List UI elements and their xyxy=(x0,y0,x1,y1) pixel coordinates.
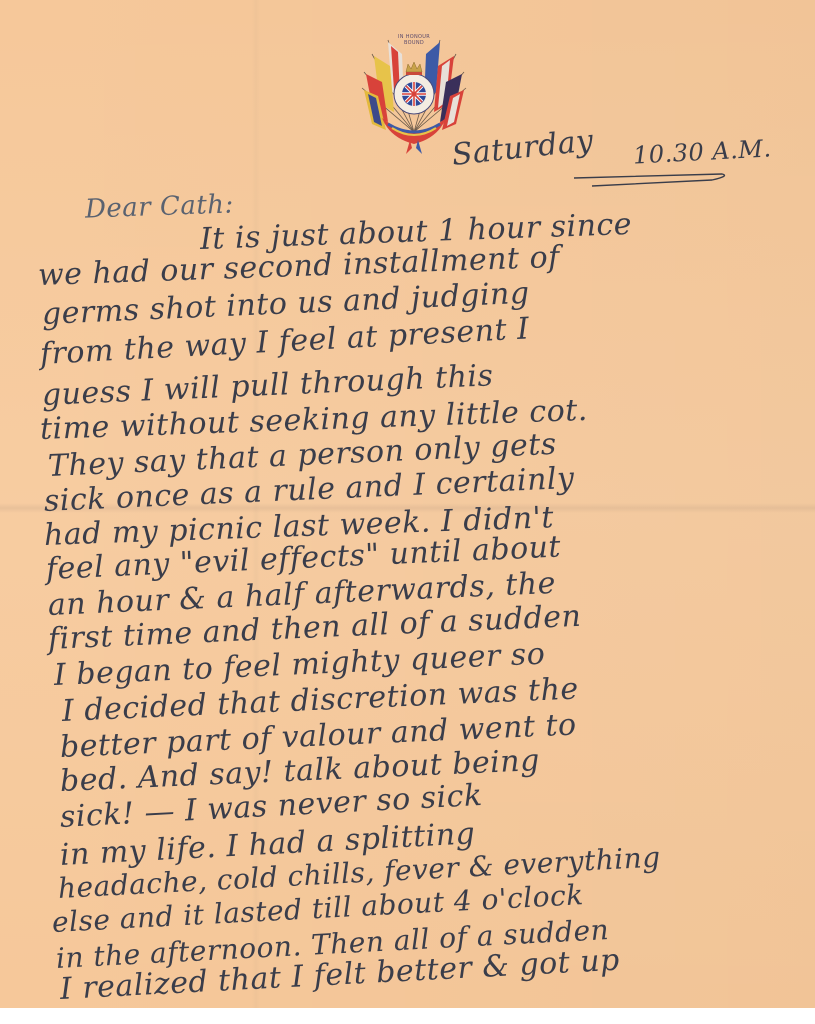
letterhead-emblem: IN HONOUR BOUND xyxy=(358,32,470,154)
letter-day: Saturday xyxy=(450,123,595,173)
underline-flourish-icon xyxy=(572,172,732,188)
letter-time: 10.30 A.M. xyxy=(632,134,772,169)
caption-line-2: BOUND xyxy=(358,40,470,46)
letterhead-caption: IN HONOUR BOUND xyxy=(358,34,470,46)
salutation: Dear Cath: xyxy=(85,189,235,224)
letter-page: IN HONOUR BOUND Saturday 10.30 A.M. Dear… xyxy=(0,0,815,1008)
allied-flags-crest-icon xyxy=(358,32,470,154)
